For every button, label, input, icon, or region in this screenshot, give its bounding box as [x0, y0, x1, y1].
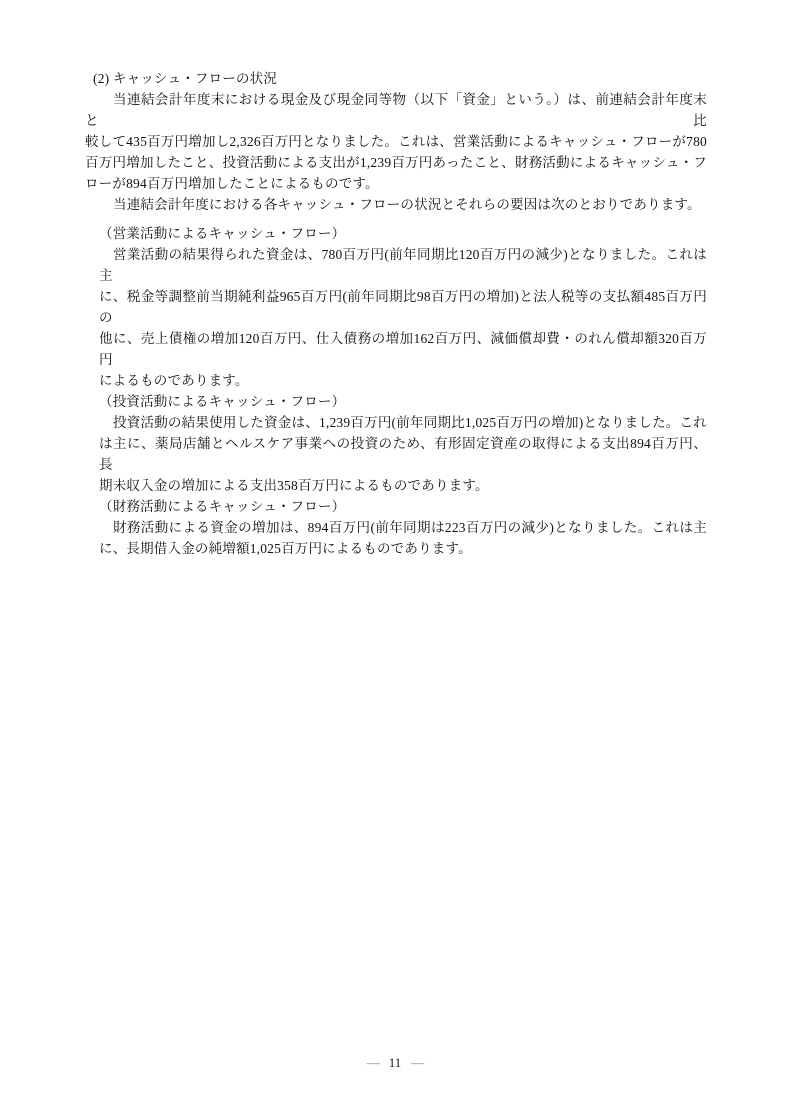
- paragraph-line: 百万円増加したこと、投資活動による支出が1,239百万円あったこと、財務活動によ…: [85, 152, 707, 173]
- paragraph-line: ローが894百万円増加したことによるものです。: [85, 173, 707, 194]
- paragraph-line: 投資活動の結果使用した資金は、1,239百万円(前年同期比1,025百万円の増加…: [99, 412, 707, 433]
- intro-paragraph-1: 当連結会計年度末における現金及び現金同等物（以下「資金」という。）は、前連結会計…: [85, 89, 707, 194]
- paragraph-line: に、長期借入金の純増額1,025百万円によるものであります。: [99, 538, 707, 559]
- document-page: (2) キャッシュ・フローの状況 当連結会計年度末における現金及び現金同等物（以…: [0, 0, 790, 1118]
- paragraph-line: 当連結会計年度末における現金及び現金同等物（以下「資金」という。）は、前連結会計…: [85, 89, 707, 131]
- paragraph-line: に、税金等調整前当期純利益965百万円(前年同期比98百万円の増加)と法人税等の…: [99, 286, 707, 328]
- paragraph-line: によるものであります。: [99, 370, 707, 391]
- subsection-financing-cash-flow: （財務活動によるキャッシュ・フロー） 財務活動による資金の増加は、894百万円(…: [99, 496, 707, 559]
- section-heading: (2) キャッシュ・フローの状況: [93, 68, 707, 89]
- paragraph-line: は主に、薬局店舗とヘルスケア事業への投資のため、有形固定資産の取得による支出89…: [99, 433, 707, 475]
- paragraph-line: 営業活動の結果得られた資金は、780百万円(前年同期比120百万円の減少)となり…: [99, 244, 707, 286]
- subsection-heading: （営業活動によるキャッシュ・フロー）: [99, 223, 707, 244]
- paragraph-line: 較して435百万円増加し2,326百万円となりました。これは、営業活動によるキャ…: [85, 131, 707, 152]
- paragraph-line: 期未収入金の増加による支出358百万円によるものであります。: [99, 475, 707, 496]
- subsection-heading: （投資活動によるキャッシュ・フロー）: [99, 391, 707, 412]
- section-cash-flow: (2) キャッシュ・フローの状況 当連結会計年度末における現金及び現金同等物（以…: [85, 68, 707, 559]
- page-number: 11: [379, 1055, 412, 1070]
- page-footer: —11—: [0, 1052, 790, 1073]
- intro-paragraph-2: 当連結会計年度における各キャッシュ・フローの状況とそれらの要因は次のとおりであり…: [85, 194, 707, 215]
- paragraph-line: 当連結会計年度における各キャッシュ・フローの状況とそれらの要因は次のとおりであり…: [85, 194, 707, 215]
- footer-right-dash: —: [411, 1055, 423, 1070]
- subsection-operating-cash-flow: （営業活動によるキャッシュ・フロー） 営業活動の結果得られた資金は、780百万円…: [99, 223, 707, 391]
- subsection-investing-cash-flow: （投資活動によるキャッシュ・フロー） 投資活動の結果使用した資金は、1,239百…: [99, 391, 707, 496]
- footer-left-dash: —: [367, 1055, 379, 1070]
- paragraph-line: 他に、売上債権の増加120百万円、仕入債務の増加162百万円、減価償却費・のれん…: [99, 328, 707, 370]
- subsection-heading: （財務活動によるキャッシュ・フロー）: [99, 496, 707, 517]
- paragraph-line: 財務活動による資金の増加は、894百万円(前年同期は223百万円の減少)となりま…: [99, 517, 707, 538]
